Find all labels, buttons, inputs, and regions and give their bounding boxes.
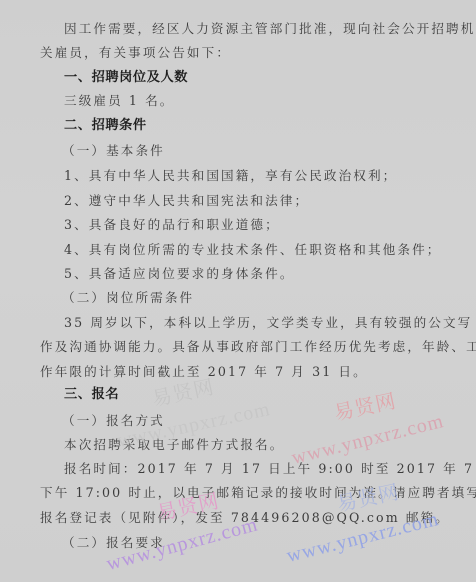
paragraph-line: 本次招聘采取电子邮件方式报名。 (64, 437, 464, 453)
paragraph-line: 作及沟通协调能力。具备从事政府部门工作经历优先考虑，年龄、工 (40, 339, 440, 355)
paragraph-line: 1、具有中华人民共和国国籍，享有公民政治权利； (64, 168, 464, 184)
paragraph-line: 2、遵守中华人民共和国宪法和法律； (64, 193, 464, 209)
paragraph-line: 三级雇员 1 名。 (64, 93, 464, 109)
paragraph-line: 报名登记表（见附件），发至 784496208@QQ.com 邮箱。 (40, 510, 440, 526)
paragraph-line: 5、具备适应岗位要求的身体条件。 (64, 266, 464, 282)
paragraph-line: 3、具备良好的品行和职业道德； (64, 217, 464, 233)
subsection-heading: （一）报名方式 (62, 413, 462, 429)
subsection-heading: （二）报名要求 (62, 535, 462, 551)
paragraph-line: 4、具有岗位所需的专业技术条件、任职资格和其他条件； (64, 242, 464, 258)
section-heading: 二、招聘条件 (64, 118, 464, 134)
paragraph-line: 下午 17:00 时止，以电子邮箱记录的接收时间为准。请应聘者填写好 (40, 485, 440, 501)
paragraph-line: 35 周岁以下，本科以上学历，文学类专业，具有较强的公文写 (64, 315, 464, 331)
paragraph-line: 作年限的计算时间截止至 2017 年 7 月 31 日。 (40, 364, 440, 380)
subsection-heading: （一）基本条件 (62, 143, 462, 159)
paragraph-line: 报名时间：2017 年 7 月 17 日上午 9:00 时至 2017 年 7 … (64, 461, 464, 477)
paragraph-line: 关雇员，有关事项公告如下： (40, 45, 440, 61)
section-heading: 一、招聘岗位及人数 (64, 70, 464, 86)
section-heading: 三、报名 (64, 387, 464, 403)
document-page: 因工作需要，经区人力资源主管部门批准，现向社会公开招聘机关雇员，有关事项公告如下… (0, 0, 476, 582)
paragraph-line: 因工作需要，经区人力资源主管部门批准，现向社会公开招聘机 (64, 21, 464, 37)
subsection-heading: （二）岗位所需条件 (62, 290, 462, 306)
